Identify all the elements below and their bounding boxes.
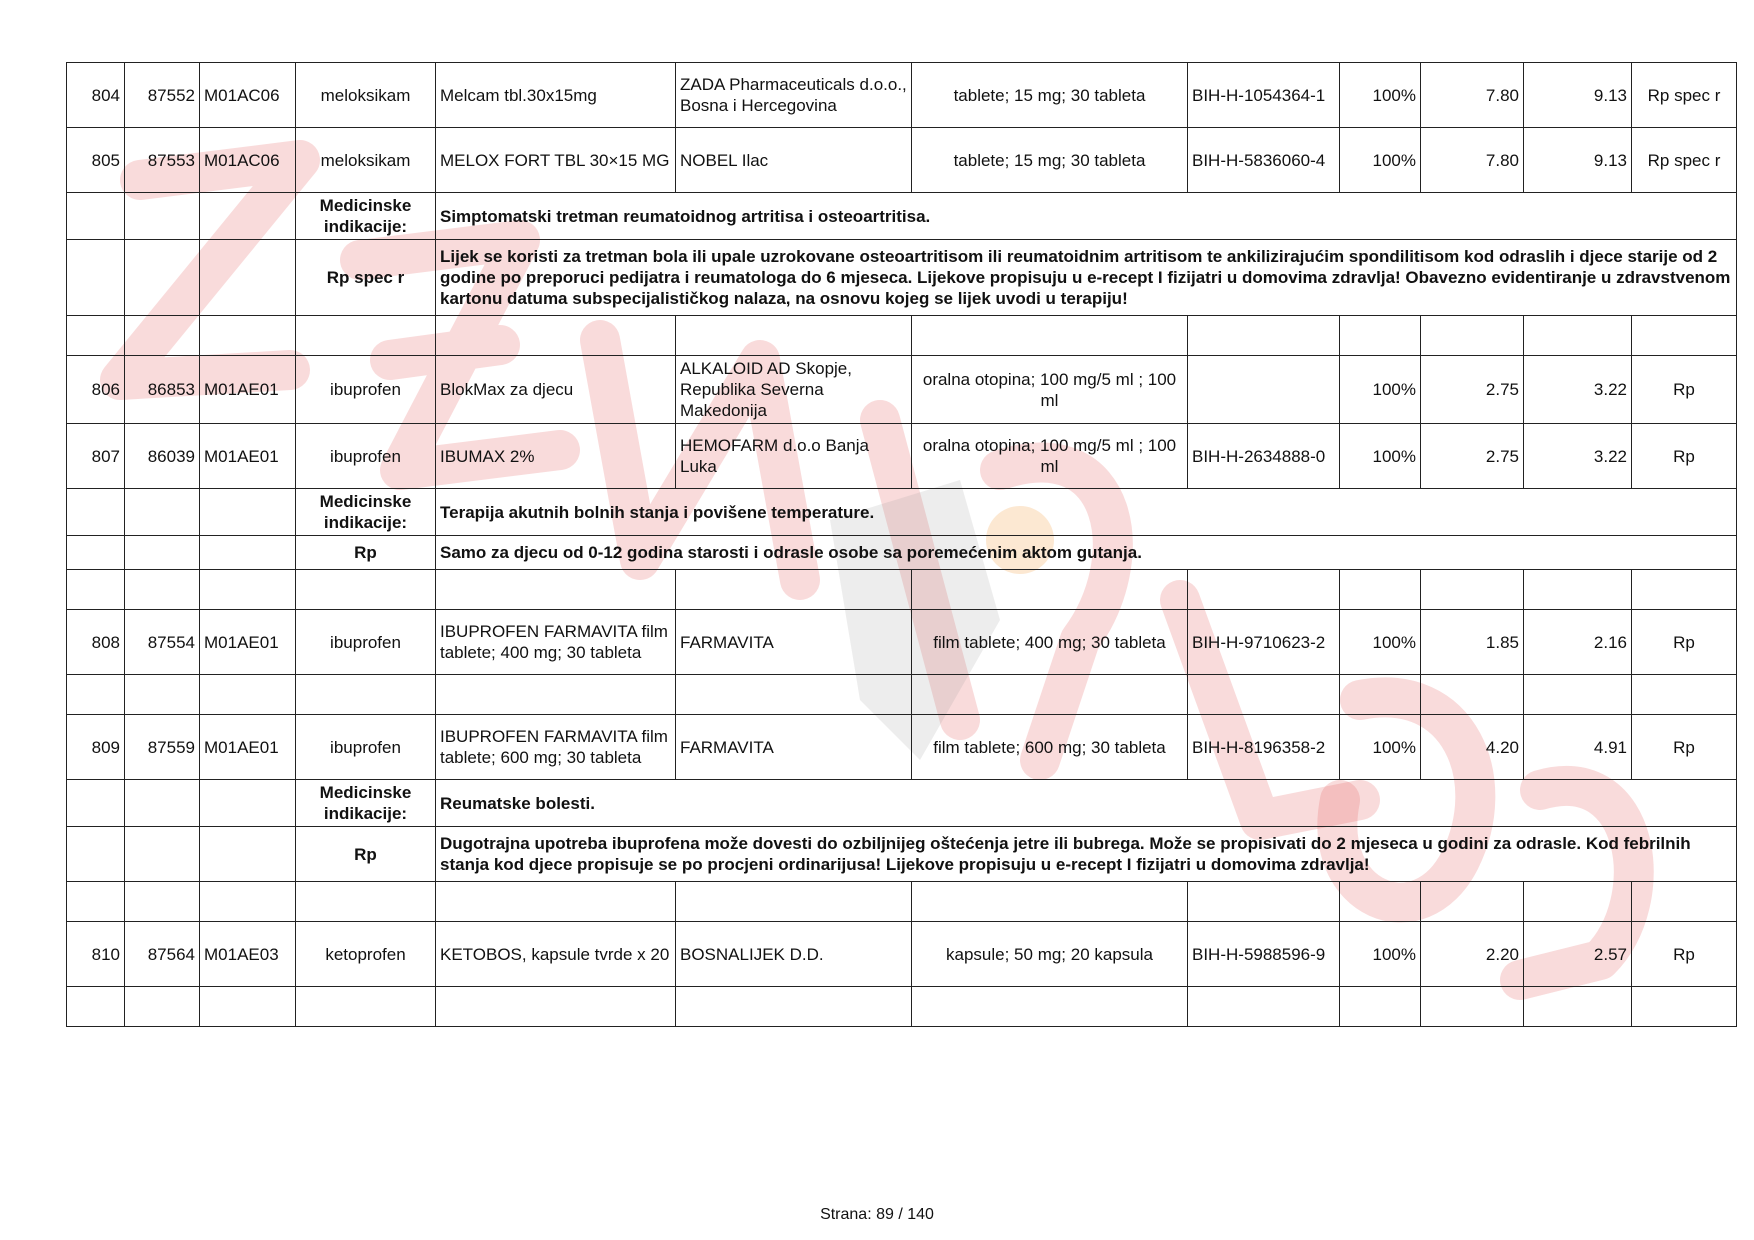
dosage-form: film tablete; 400 mg; 30 tableta — [912, 610, 1188, 675]
spacer-row — [67, 316, 1737, 356]
empty-cell — [1421, 316, 1524, 356]
row-number: 804 — [67, 63, 125, 128]
empty-cell — [67, 316, 125, 356]
empty-cell — [912, 882, 1188, 922]
empty-cell — [200, 675, 296, 715]
generic-name: meloksikam — [296, 128, 436, 193]
note-text: Simptomatski tretman reumatoidnog artrit… — [436, 193, 1737, 240]
empty-cell — [67, 827, 125, 882]
license-number: BIH-H-2634888-0 — [1188, 424, 1340, 489]
product-name: IBUPROFEN FARMAVITA film tablete; 600 mg… — [436, 715, 676, 780]
product-name: BlokMax za djecu — [436, 356, 676, 424]
empty-cell — [67, 987, 125, 1027]
row-number: 808 — [67, 610, 125, 675]
empty-cell — [1340, 987, 1421, 1027]
price-reference: 2.75 — [1421, 424, 1524, 489]
note-row: Medicinske indikacije:Simptomatski tretm… — [67, 193, 1737, 240]
note-label: Medicinske indikacije: — [296, 193, 436, 240]
note-label: Rp — [296, 827, 436, 882]
empty-cell — [1632, 675, 1737, 715]
table-row: 80487552M01AC06meloksikamMelcam tbl.30x1… — [67, 63, 1737, 128]
empty-cell — [1632, 316, 1737, 356]
table-row: 80686853M01AE01ibuprofenBlokMax za djecu… — [67, 356, 1737, 424]
price-reference: 7.80 — [1421, 63, 1524, 128]
empty-cell — [67, 570, 125, 610]
drug-code: 86039 — [125, 424, 200, 489]
empty-cell — [1632, 570, 1737, 610]
price-reference: 1.85 — [1421, 610, 1524, 675]
empty-cell — [1188, 570, 1340, 610]
manufacturer: ZADA Pharmaceuticals d.o.o., Bosna i Her… — [676, 63, 912, 128]
empty-cell — [67, 675, 125, 715]
prescription-regime: Rp — [1632, 610, 1737, 675]
note-row: Rp spec rLijek se koristi za tretman bol… — [67, 240, 1737, 316]
note-label: Medicinske indikacije: — [296, 780, 436, 827]
empty-cell — [1524, 316, 1632, 356]
empty-cell — [296, 987, 436, 1027]
generic-name: ibuprofen — [296, 356, 436, 424]
empty-cell — [436, 570, 676, 610]
empty-cell — [200, 987, 296, 1027]
empty-cell — [1188, 316, 1340, 356]
empty-cell — [200, 489, 296, 536]
dosage-form: tablete; 15 mg; 30 tableta — [912, 63, 1188, 128]
empty-cell — [1340, 882, 1421, 922]
empty-cell — [67, 489, 125, 536]
empty-cell — [200, 536, 296, 570]
manufacturer: FARMAVITA — [676, 610, 912, 675]
atc-code: M01AC06 — [200, 63, 296, 128]
empty-cell — [125, 193, 200, 240]
generic-name: ibuprofen — [296, 424, 436, 489]
manufacturer: NOBEL Ilac — [676, 128, 912, 193]
empty-cell — [200, 193, 296, 240]
license-number: BIH-H-8196358-2 — [1188, 715, 1340, 780]
empty-cell — [1188, 987, 1340, 1027]
atc-code: M01AC06 — [200, 128, 296, 193]
drug-code: 87554 — [125, 610, 200, 675]
product-name: IBUMAX 2% — [436, 424, 676, 489]
coverage-percent: 100% — [1340, 356, 1421, 424]
note-text: Lijek se koristi za tretman bola ili upa… — [436, 240, 1737, 316]
drug-code: 87553 — [125, 128, 200, 193]
empty-cell — [67, 882, 125, 922]
note-row: Medicinske indikacije:Reumatske bolesti. — [67, 780, 1737, 827]
empty-cell — [676, 987, 912, 1027]
empty-cell — [125, 780, 200, 827]
table-row: 81087564M01AE03ketoprofenKETOBOS, kapsul… — [67, 922, 1737, 987]
price-retail: 4.91 — [1524, 715, 1632, 780]
dosage-form: film tablete; 600 mg; 30 tableta — [912, 715, 1188, 780]
prescription-regime: Rp — [1632, 424, 1737, 489]
license-number — [1188, 356, 1340, 424]
empty-cell — [912, 570, 1188, 610]
empty-cell — [1524, 987, 1632, 1027]
prescription-regime: Rp — [1632, 922, 1737, 987]
generic-name: meloksikam — [296, 63, 436, 128]
spacer-row — [67, 987, 1737, 1027]
note-label: Medicinske indikacije: — [296, 489, 436, 536]
empty-cell — [125, 882, 200, 922]
empty-cell — [125, 987, 200, 1027]
empty-cell — [1524, 882, 1632, 922]
note-label: Rp spec r — [296, 240, 436, 316]
empty-cell — [1340, 570, 1421, 610]
row-number: 806 — [67, 356, 125, 424]
empty-cell — [200, 780, 296, 827]
manufacturer: ALKALOID AD Skopje, Republika Severna Ma… — [676, 356, 912, 424]
empty-cell — [125, 489, 200, 536]
empty-cell — [1340, 675, 1421, 715]
empty-cell — [676, 882, 912, 922]
empty-cell — [436, 316, 676, 356]
product-name: KETOBOS, kapsule tvrde x 20 — [436, 922, 676, 987]
price-reference: 4.20 — [1421, 715, 1524, 780]
empty-cell — [1524, 675, 1632, 715]
prescription-regime: Rp spec r — [1632, 128, 1737, 193]
empty-cell — [200, 316, 296, 356]
coverage-percent: 100% — [1340, 424, 1421, 489]
empty-cell — [200, 827, 296, 882]
dosage-form: kapsule; 50 mg; 20 kapsula — [912, 922, 1188, 987]
note-row: RpDugotrajna upotreba ibuprofena može do… — [67, 827, 1737, 882]
coverage-percent: 100% — [1340, 128, 1421, 193]
atc-code: M01AE01 — [200, 356, 296, 424]
atc-code: M01AE01 — [200, 610, 296, 675]
license-number: BIH-H-9710623-2 — [1188, 610, 1340, 675]
empty-cell — [67, 536, 125, 570]
table-body: 80487552M01AC06meloksikamMelcam tbl.30x1… — [67, 63, 1737, 1027]
empty-cell — [125, 827, 200, 882]
product-name: IBUPROFEN FARMAVITA film tablete; 400 mg… — [436, 610, 676, 675]
note-text: Samo za djecu od 0-12 godina starosti i … — [436, 536, 1737, 570]
coverage-percent: 100% — [1340, 63, 1421, 128]
generic-name: ketoprofen — [296, 922, 436, 987]
spacer-row — [67, 882, 1737, 922]
note-label: Rp — [296, 536, 436, 570]
empty-cell — [200, 240, 296, 316]
product-name: Melcam tbl.30x15mg — [436, 63, 676, 128]
empty-cell — [125, 675, 200, 715]
price-reference: 2.20 — [1421, 922, 1524, 987]
empty-cell — [67, 240, 125, 316]
drug-code: 87564 — [125, 922, 200, 987]
prescription-regime: Rp — [1632, 356, 1737, 424]
empty-cell — [1188, 882, 1340, 922]
empty-cell — [200, 570, 296, 610]
price-retail: 3.22 — [1524, 424, 1632, 489]
drug-code: 87552 — [125, 63, 200, 128]
price-retail: 9.13 — [1524, 63, 1632, 128]
coverage-percent: 100% — [1340, 922, 1421, 987]
note-text: Dugotrajna upotreba ibuprofena može dove… — [436, 827, 1737, 882]
drug-list-table: 80487552M01AC06meloksikamMelcam tbl.30x1… — [66, 62, 1737, 1027]
empty-cell — [296, 316, 436, 356]
dosage-form: oralna otopina; 100 mg/5 ml ; 100 ml — [912, 356, 1188, 424]
table-row: 80786039M01AE01ibuprofenIBUMAX 2%HEMOFAR… — [67, 424, 1737, 489]
table-row: 80987559M01AE01ibuprofenIBUPROFEN FARMAV… — [67, 715, 1737, 780]
note-row: RpSamo za djecu od 0-12 godina starosti … — [67, 536, 1737, 570]
coverage-percent: 100% — [1340, 715, 1421, 780]
empty-cell — [912, 987, 1188, 1027]
empty-cell — [676, 316, 912, 356]
empty-cell — [1421, 570, 1524, 610]
prescription-regime: Rp spec r — [1632, 63, 1737, 128]
drug-code: 86853 — [125, 356, 200, 424]
empty-cell — [1421, 882, 1524, 922]
empty-cell — [296, 570, 436, 610]
note-row: Medicinske indikacije:Terapija akutnih b… — [67, 489, 1737, 536]
empty-cell — [125, 240, 200, 316]
empty-cell — [676, 570, 912, 610]
row-number: 807 — [67, 424, 125, 489]
empty-cell — [436, 987, 676, 1027]
manufacturer: BOSNALIJEK D.D. — [676, 922, 912, 987]
empty-cell — [1524, 570, 1632, 610]
row-number: 805 — [67, 128, 125, 193]
empty-cell — [1188, 675, 1340, 715]
row-number: 809 — [67, 715, 125, 780]
empty-cell — [125, 316, 200, 356]
table-row: 80887554M01AE01ibuprofenIBUPROFEN FARMAV… — [67, 610, 1737, 675]
generic-name: ibuprofen — [296, 715, 436, 780]
empty-cell — [296, 882, 436, 922]
empty-cell — [1632, 987, 1737, 1027]
price-retail: 2.57 — [1524, 922, 1632, 987]
empty-cell — [436, 675, 676, 715]
row-number: 810 — [67, 922, 125, 987]
note-text: Reumatske bolesti. — [436, 780, 1737, 827]
price-reference: 2.75 — [1421, 356, 1524, 424]
manufacturer: FARMAVITA — [676, 715, 912, 780]
atc-code: M01AE03 — [200, 922, 296, 987]
empty-cell — [67, 780, 125, 827]
empty-cell — [912, 675, 1188, 715]
empty-cell — [125, 536, 200, 570]
empty-cell — [676, 675, 912, 715]
price-reference: 7.80 — [1421, 128, 1524, 193]
price-retail: 3.22 — [1524, 356, 1632, 424]
product-name: MELOX FORT TBL 30×15 MG — [436, 128, 676, 193]
dosage-form: oralna otopina; 100 mg/5 ml ; 100 ml — [912, 424, 1188, 489]
empty-cell — [912, 316, 1188, 356]
empty-cell — [200, 882, 296, 922]
price-retail: 2.16 — [1524, 610, 1632, 675]
empty-cell — [1421, 987, 1524, 1027]
empty-cell — [1340, 316, 1421, 356]
atc-code: M01AE01 — [200, 424, 296, 489]
empty-cell — [1421, 675, 1524, 715]
spacer-row — [67, 675, 1737, 715]
empty-cell — [125, 570, 200, 610]
spacer-row — [67, 570, 1737, 610]
generic-name: ibuprofen — [296, 610, 436, 675]
empty-cell — [67, 193, 125, 240]
prescription-regime: Rp — [1632, 715, 1737, 780]
table-row: 80587553M01AC06meloksikamMELOX FORT TBL … — [67, 128, 1737, 193]
empty-cell — [296, 675, 436, 715]
note-text: Terapija akutnih bolnih stanja i povišen… — [436, 489, 1737, 536]
license-number: BIH-H-1054364-1 — [1188, 63, 1340, 128]
license-number: BIH-H-5988596-9 — [1188, 922, 1340, 987]
dosage-form: tablete; 15 mg; 30 tableta — [912, 128, 1188, 193]
page-number: Strana: 89 / 140 — [0, 1206, 1754, 1224]
drug-code: 87559 — [125, 715, 200, 780]
coverage-percent: 100% — [1340, 610, 1421, 675]
empty-cell — [1632, 882, 1737, 922]
atc-code: M01AE01 — [200, 715, 296, 780]
license-number: BIH-H-5836060-4 — [1188, 128, 1340, 193]
price-retail: 9.13 — [1524, 128, 1632, 193]
manufacturer: HEMOFARM d.o.o Banja Luka — [676, 424, 912, 489]
empty-cell — [436, 882, 676, 922]
